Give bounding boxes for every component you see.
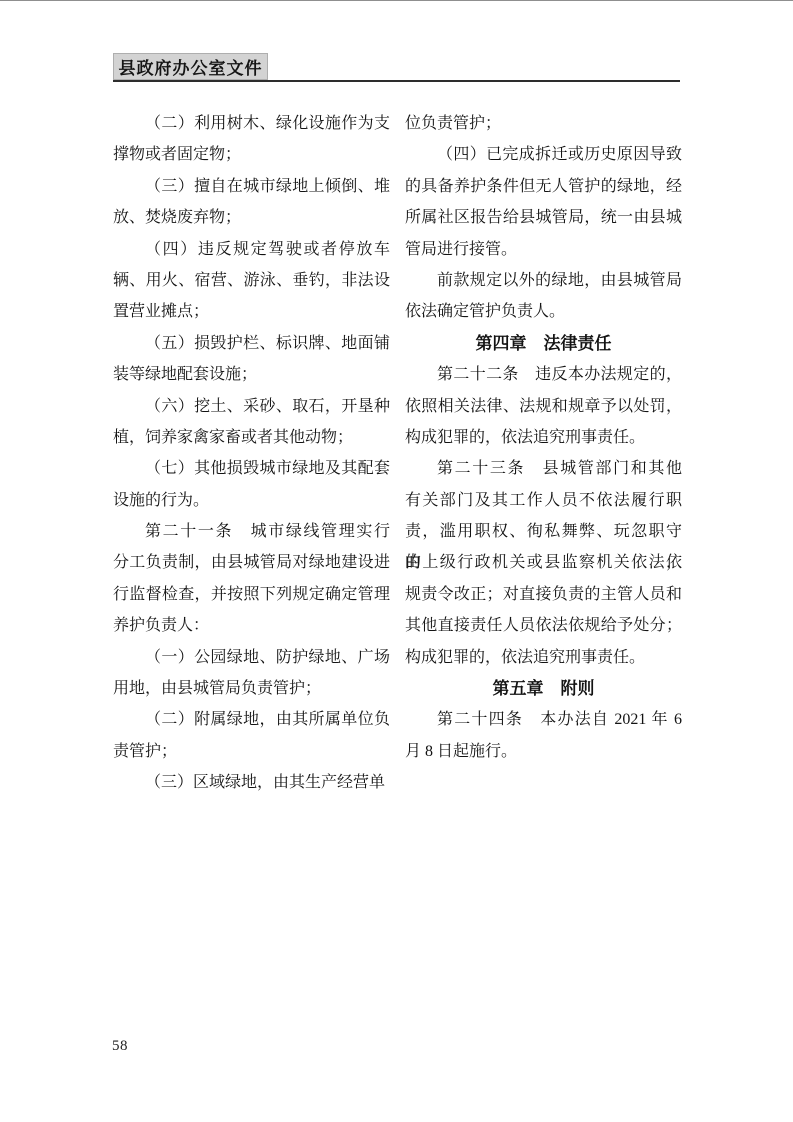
text-line: （一）公园绿地、防护绿地、广场 — [113, 642, 390, 673]
text-line: 有关部门及其工作人员不依法履行职 — [405, 485, 682, 516]
text-line: 所属社区报告给县城管局，统一由县城 — [405, 202, 682, 233]
chapter-heading: 第五章 附则 — [405, 673, 682, 704]
text-line: 设施的行为。 — [113, 485, 390, 516]
text-column-right: 位负责管护；（四）已完成拆迁或历史原因导致的具备养护条件但无人管护的绿地，经所属… — [405, 108, 682, 767]
text-line: 责，滥用职权、徇私舞弊、玩忽职守的， — [405, 516, 682, 547]
text-line: （六）挖土、采砂、取石，开垦种 — [113, 391, 390, 422]
text-line: 放、焚烧废弃物； — [113, 202, 390, 233]
page-number: 58 — [112, 1038, 128, 1055]
text-line: 由上级行政机关或县监察机关依法依 — [405, 547, 682, 578]
text-line: （二）附属绿地，由其所属单位负 — [113, 704, 390, 735]
text-line: 前款规定以外的绿地，由县城管局 — [405, 265, 682, 296]
text-line: 植，饲养家禽家畜或者其他动物； — [113, 422, 390, 453]
header-tab: 县政府办公室文件 — [113, 53, 268, 80]
text-line: 辆、用火、宿营、游泳、垂钓，非法设 — [113, 265, 390, 296]
text-line: 责管护； — [113, 736, 390, 767]
text-line: 规责令改正；对直接负责的主管人员和 — [405, 579, 682, 610]
text-line: 第二十二条 违反本办法规定的， — [405, 359, 682, 390]
text-line: 管局进行接管。 — [405, 234, 682, 265]
text-line: （二）利用树木、绿化设施作为支 — [113, 108, 390, 139]
chapter-heading: 第四章 法律责任 — [405, 328, 682, 359]
text-line: 第二十一条 城市绿线管理实行 — [113, 516, 390, 547]
text-line: 第二十四条 本办法自 2021 年 6 — [405, 704, 682, 735]
header-title: 县政府办公室文件 — [119, 54, 263, 79]
text-line: 月 8 日起施行。 — [405, 736, 682, 767]
text-line: 置营业摊点； — [113, 296, 390, 327]
text-line: （七）其他损毁城市绿地及其配套 — [113, 453, 390, 484]
text-line: （三）擅自在城市绿地上倾倒、堆 — [113, 171, 390, 202]
text-line: （四）已完成拆迁或历史原因导致 — [405, 139, 682, 170]
header-rule — [113, 80, 680, 82]
text-line: （五）损毁护栏、标识牌、地面铺 — [113, 328, 390, 359]
text-line: 养护负责人： — [113, 610, 390, 641]
text-line: 的具备养护条件但无人管护的绿地，经 — [405, 171, 682, 202]
text-line: 依照相关法律、法规和规章予以处罚， — [405, 391, 682, 422]
text-line: 其他直接责任人员依法依规给予处分； — [405, 610, 682, 641]
text-line: 依法确定管护负责人。 — [405, 296, 682, 327]
text-line: 用地，由县城管局负责管护； — [113, 673, 390, 704]
text-line: 撑物或者固定物； — [113, 139, 390, 170]
text-line: （四）违反规定驾驶或者停放车 — [113, 234, 390, 265]
text-line: 分工负责制，由县城管局对绿地建设进 — [113, 547, 390, 578]
text-line: 构成犯罪的，依法追究刑事责任。 — [405, 422, 682, 453]
text-line: 位负责管护； — [405, 108, 682, 139]
text-line: 第二十三条 县城管部门和其他 — [405, 453, 682, 484]
document-page: 县政府办公室文件 （二）利用树木、绿化设施作为支撑物或者固定物；（三）擅自在城市… — [0, 0, 793, 1122]
page-top-rule — [0, 0, 793, 1]
text-column-left: （二）利用树木、绿化设施作为支撑物或者固定物；（三）擅自在城市绿地上倾倒、堆放、… — [113, 108, 390, 799]
text-line: 装等绿地配套设施； — [113, 359, 390, 390]
text-line: （三）区域绿地，由其生产经营单 — [113, 767, 390, 798]
text-line: 行监督检查，并按照下列规定确定管理 — [113, 579, 390, 610]
text-line: 构成犯罪的，依法追究刑事责任。 — [405, 642, 682, 673]
